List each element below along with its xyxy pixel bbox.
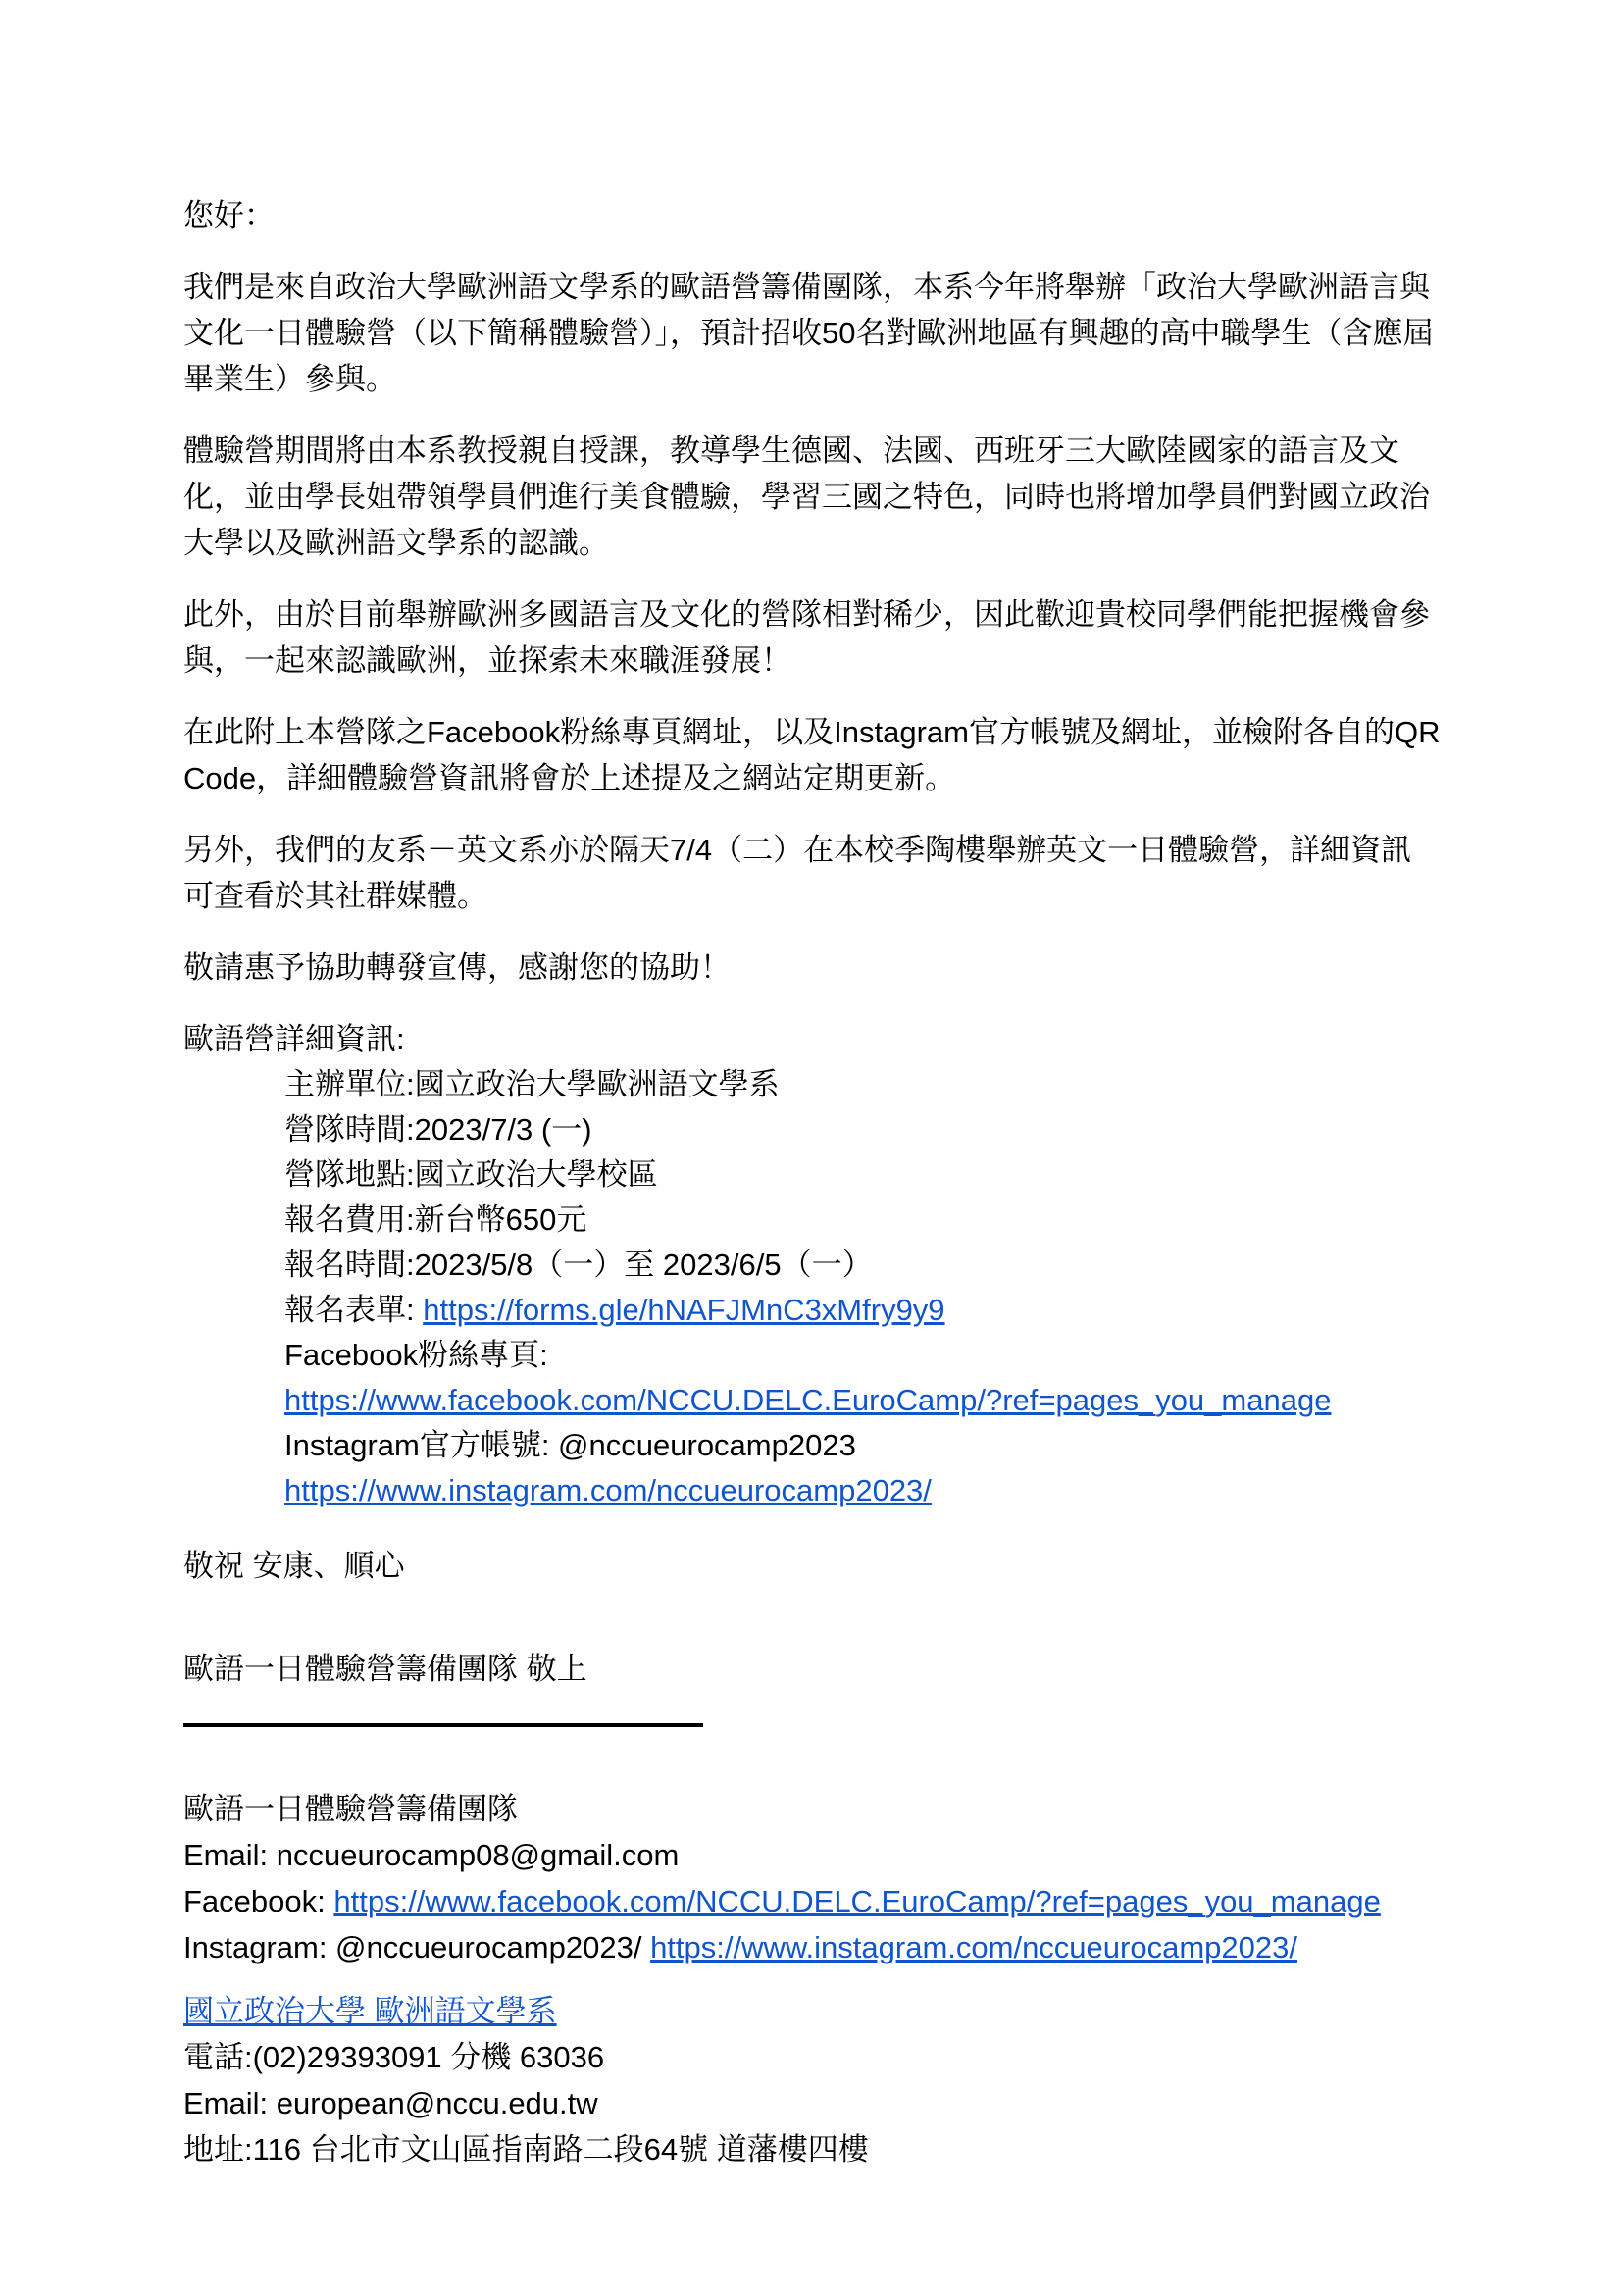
signature-instagram-label: Instagram: @nccueurocamp2023/	[183, 1930, 650, 1964]
department-link[interactable]: 國立政治大學 歐洲語文學系	[183, 1994, 557, 2028]
signature-facebook-link[interactable]: https://www.facebook.com/NCCU.DELC.EuroC…	[333, 1884, 1380, 1918]
signature-team-name: 歐語一日體驗營籌備團隊	[183, 1786, 1442, 1832]
detail-fee: 報名費用:新台幣650元	[284, 1198, 1442, 1243]
registration-form-link[interactable]: https://forms.gle/hNAFJMnC3xMfry9y9	[423, 1293, 944, 1327]
facebook-page-link[interactable]: https://www.facebook.com/NCCU.DELC.EuroC…	[284, 1383, 1331, 1417]
signature-block: 歐語一日體驗營籌備團隊 Email: nccueurocamp08@gmail.…	[183, 1786, 1442, 2172]
detail-camp-location: 營隊地點:國立政治大學校區	[284, 1152, 1442, 1198]
paragraph-invitation: 此外，由於目前舉辦歐洲多國語言及文化的營隊相對稀少，因此歡迎貴校同學們能把握機會…	[183, 591, 1442, 684]
closing-wish: 敬祝 安康、順心	[183, 1543, 1442, 1589]
detail-registration-period: 報名時間:2023/5/8（一）至 2023/6/5（一）	[284, 1243, 1442, 1288]
detail-form-label: 報名表單:	[284, 1293, 423, 1327]
detail-form-line: 報名表單: https://forms.gle/hNAFJMnC3xMfry9y…	[284, 1288, 1442, 1333]
greeting: 您好：	[183, 192, 1442, 238]
instagram-profile-link[interactable]: https://www.instagram.com/nccueurocamp20…	[284, 1473, 932, 1507]
signature-email: Email: nccueurocamp08@gmail.com	[183, 1832, 1442, 1878]
department-email: Email: european@nccu.edu.tw	[183, 2080, 1442, 2126]
department-phone: 電話:(02)29393091 分機 63036	[183, 2034, 1442, 2080]
detail-camp-time: 營隊時間:2023/7/3 (一)	[284, 1107, 1442, 1152]
signature-divider	[183, 1723, 703, 1727]
paragraph-english-camp: 另外，我們的友系－英文系亦於隔天7/4（二）在本校季陶樓舉辦英文一日體驗營，詳細…	[183, 827, 1442, 919]
signature-instagram-line: Instagram: @nccueurocamp2023/ https://ww…	[183, 1924, 1442, 1970]
detail-instagram-label: Instagram官方帳號: @nccueurocamp2023	[284, 1423, 1442, 1468]
signature-instagram-link[interactable]: https://www.instagram.com/nccueurocamp20…	[650, 1930, 1297, 1964]
camp-details: 主辦單位:國立政治大學歐洲語文學系 營隊時間:2023/7/3 (一) 營隊地點…	[284, 1062, 1442, 1513]
paragraph-program: 體驗營期間將由本系教授親自授課，教導學生德國、法國、西班牙三大歐陸國家的語言及文…	[183, 428, 1442, 566]
letter-page: 您好： 我們是來自政治大學歐洲語文學系的歐語營籌備團隊，本系今年將舉辦「政治大學…	[0, 0, 1624, 2294]
paragraph-intro: 我們是來自政治大學歐洲語文學系的歐語營籌備團隊，本系今年將舉辦「政治大學歐洲語言…	[183, 264, 1442, 402]
department-line: 國立政治大學 歐洲語文學系	[183, 1988, 1442, 2034]
details-heading: 歐語營詳細資訊:	[183, 1016, 1442, 1062]
paragraph-social-media: 在此附上本營隊之Facebook粉絲專頁網址，以及Instagram官方帳號及網…	[183, 709, 1442, 801]
signature-facebook-line: Facebook: https://www.facebook.com/NCCU.…	[183, 1878, 1442, 1924]
detail-instagram-line: https://www.instagram.com/nccueurocamp20…	[284, 1468, 1442, 1513]
detail-facebook-line: https://www.facebook.com/NCCU.DELC.EuroC…	[284, 1378, 1442, 1423]
signature-facebook-label: Facebook:	[183, 1884, 333, 1918]
detail-organizer: 主辦單位:國立政治大學歐洲語文學系	[284, 1062, 1442, 1107]
paragraph-thanks: 敬請惠予協助轉發宣傳，感謝您的協助！	[183, 944, 1442, 991]
detail-facebook-label: Facebook粉絲專頁:	[284, 1333, 1442, 1378]
signoff: 歐語一日體驗營籌備團隊 敬上	[183, 1646, 1442, 1692]
department-address: 地址:116 台北市文山區指南路二段64號 道藩樓四樓	[183, 2126, 1442, 2172]
